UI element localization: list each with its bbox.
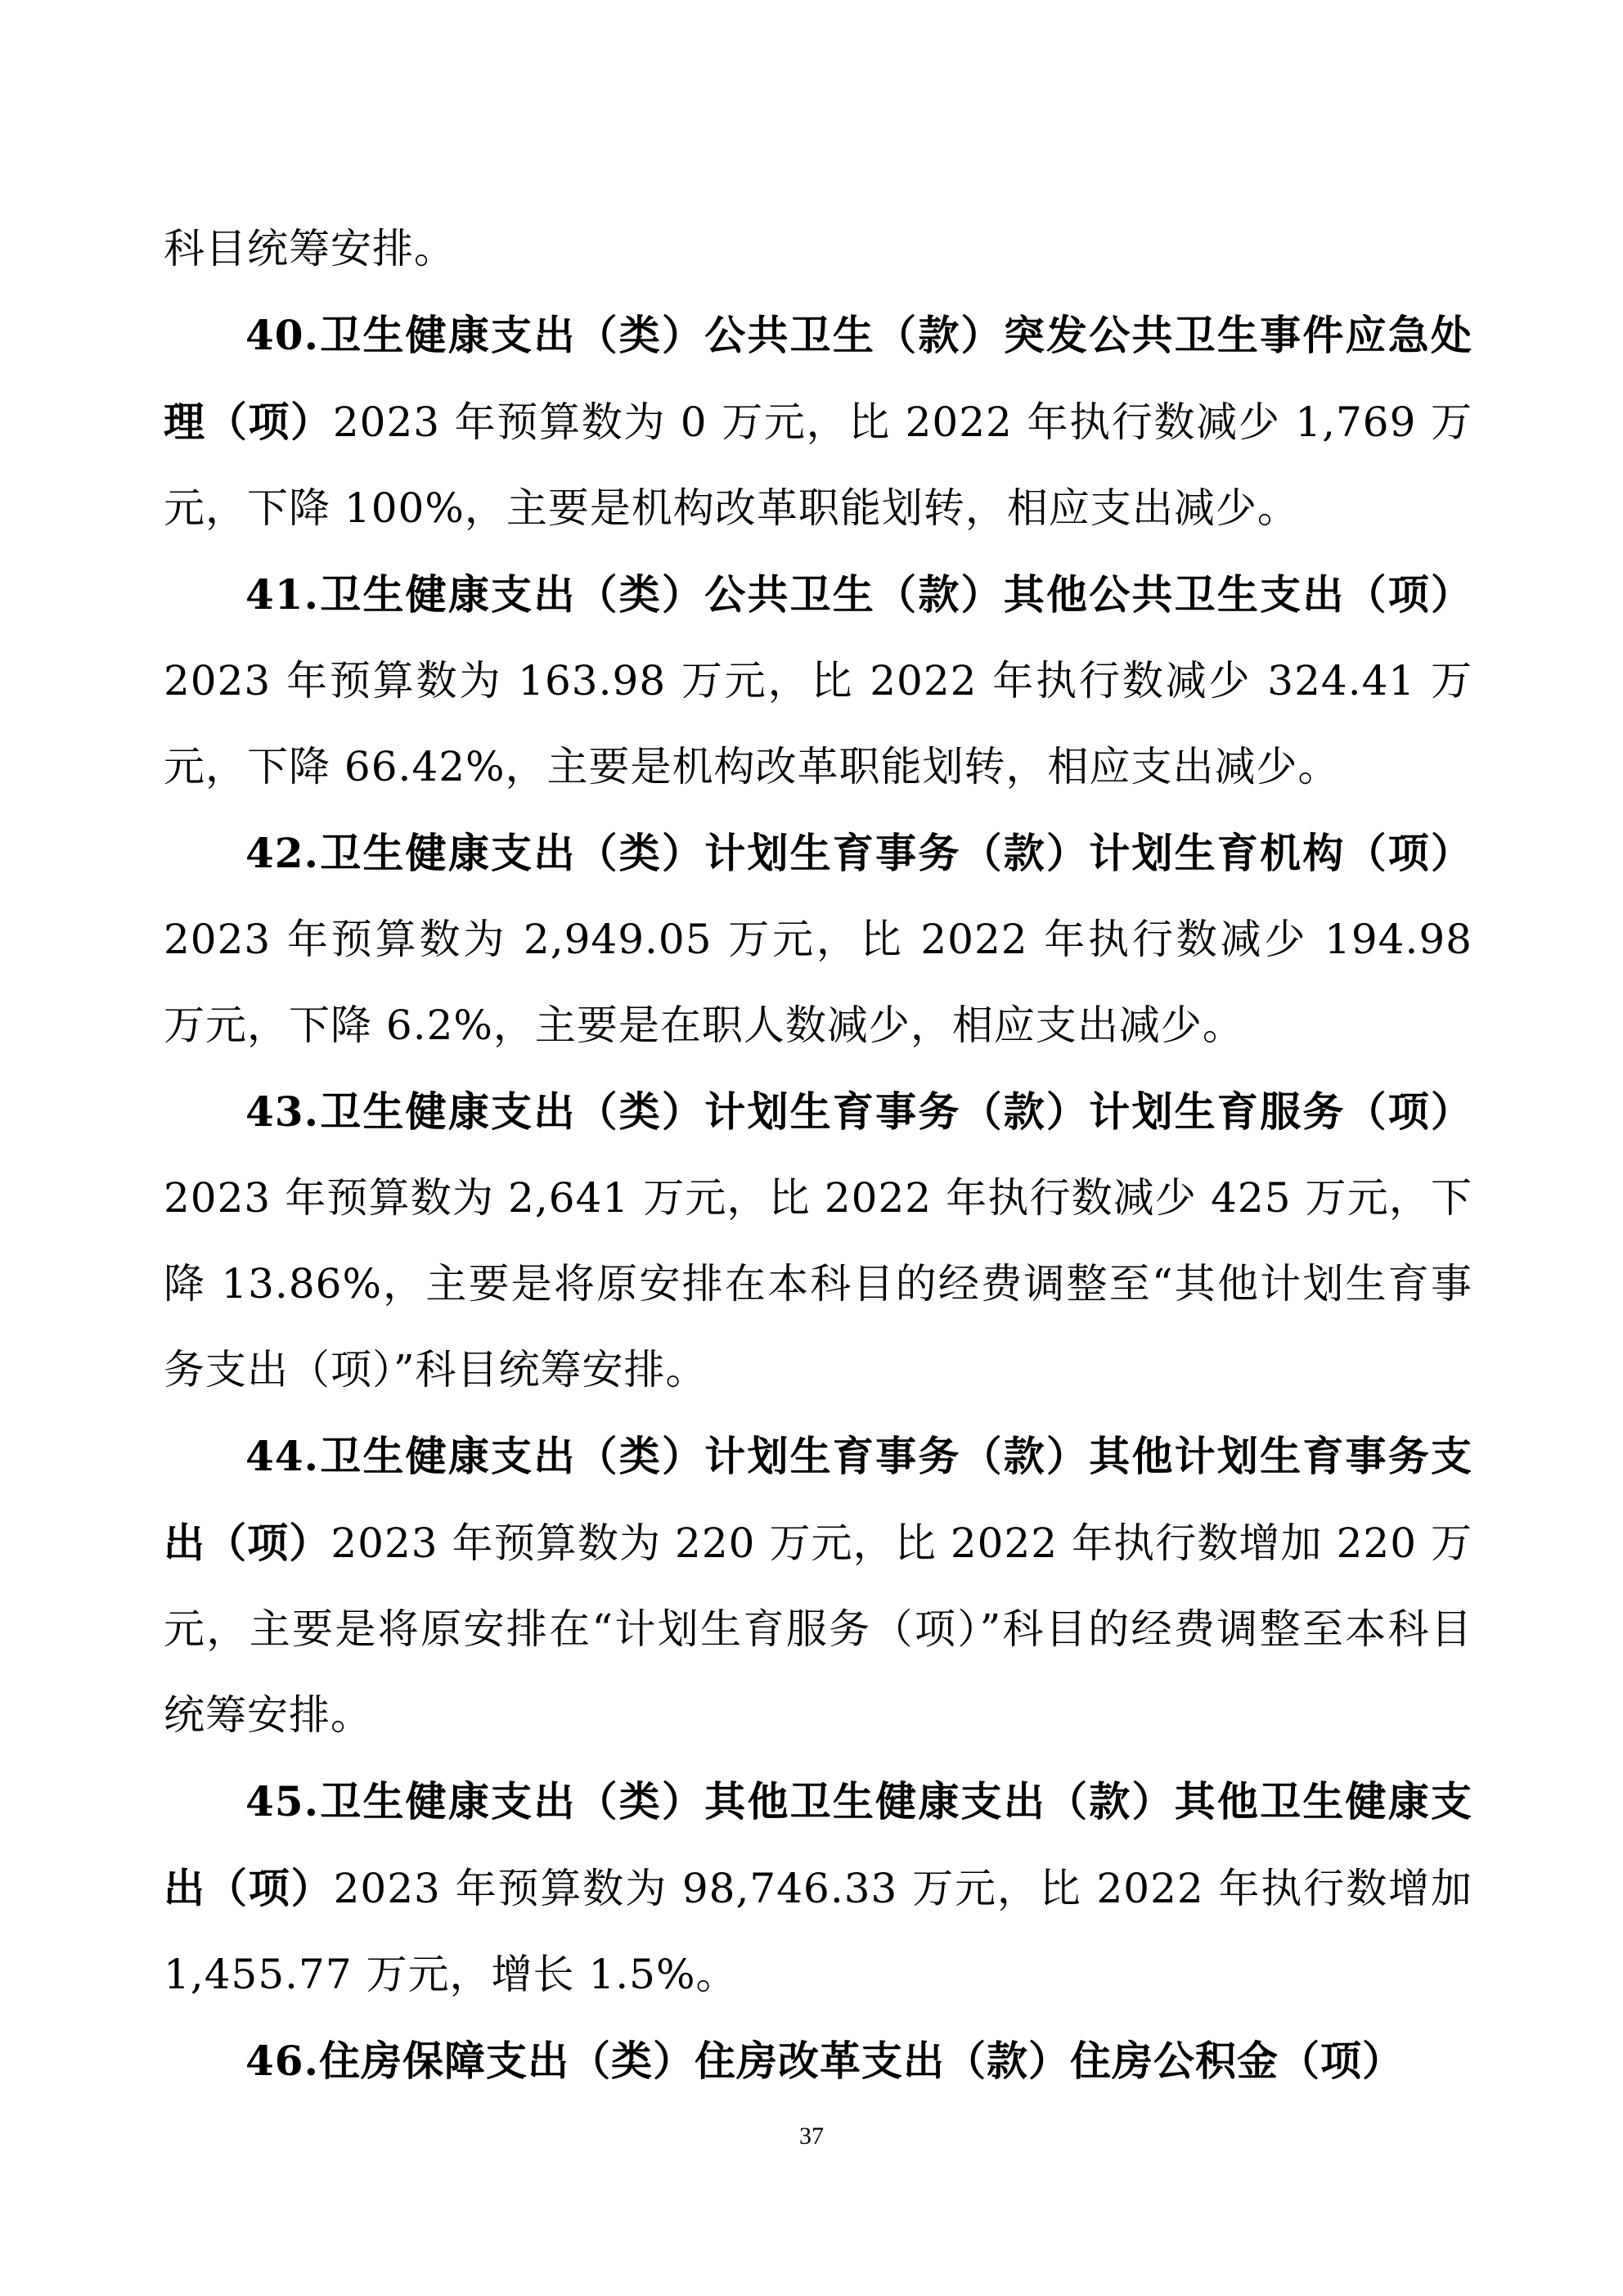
item-42-paragraph: 42.卫生健康支出（类）计划生育事务（款）计划生育机构（项）2023 年预算数为… [164,810,1472,1069]
item-number: 43. [245,1087,319,1136]
item-heading: 住房保障支出（类）住房改革支出（款）住房公积金（项） [319,2037,1404,2085]
continuation-text: 科目统筹安排。 [164,225,456,272]
item-45-paragraph: 45.卫生健康支出（类）其他卫生健康支出（款）其他卫生健康支出（项）2023 年… [164,1758,1472,2018]
item-number: 41. [245,570,319,619]
item-44-paragraph: 44.卫生健康支出（类）计划生育事务（款）其他计划生育事务支出（项）2023 年… [164,1413,1472,1758]
item-46-paragraph: 46.住房保障支出（类）住房改革支出（款）住房公积金（项） [164,2018,1472,2105]
document-page: 科目统筹安排。 40.卫生健康支出（类）公共卫生（款）突发公共卫生事件应急处理（… [164,206,1472,2105]
item-40-paragraph: 40.卫生健康支出（类）公共卫生（款）突发公共卫生事件应急处理（项）2023 年… [164,292,1472,551]
item-body: 2023 年预算数为 98,746.33 万元，比 2022 年执行数增加 1,… [164,1865,1472,1998]
item-body: 2023 年预算数为 2,641 万元，比 2022 年执行数减少 425 万元… [164,1174,1472,1393]
item-body: 2023 年预算数为 220 万元，比 2022 年执行数增加 220 万元，主… [164,1519,1472,1739]
item-heading: 卫生健康支出（类）计划生育事务（款）计划生育机构（项） [319,829,1472,877]
continuation-paragraph: 科目统筹安排。 [164,206,1472,292]
item-body: 2023 年预算数为 2,949.05 万元，比 2022 年执行数减少 194… [164,916,1472,1049]
item-43-paragraph: 43.卫生健康支出（类）计划生育事务（款）计划生育服务（项）2023 年预算数为… [164,1069,1472,1413]
item-heading: 卫生健康支出（类）计划生育事务（款）计划生育服务（项） [319,1087,1472,1136]
item-heading: 卫生健康支出（类）公共卫生（款）其他公共卫生支出（项） [319,570,1472,619]
item-number: 44. [245,1432,319,1480]
page-number: 37 [0,2122,1623,2151]
item-41-paragraph: 41.卫生健康支出（类）公共卫生（款）其他公共卫生支出（项）2023 年预算数为… [164,551,1472,810]
item-number: 46. [245,2037,319,2085]
item-body: 2023 年预算数为 163.98 万元，比 2022 年执行数减少 324.4… [164,657,1472,790]
item-number: 40. [245,311,319,359]
item-number: 42. [245,829,319,877]
item-number: 45. [245,1777,319,1826]
item-body: 2023 年预算数为 0 万元，比 2022 年执行数减少 1,769 万元，下… [164,398,1472,532]
